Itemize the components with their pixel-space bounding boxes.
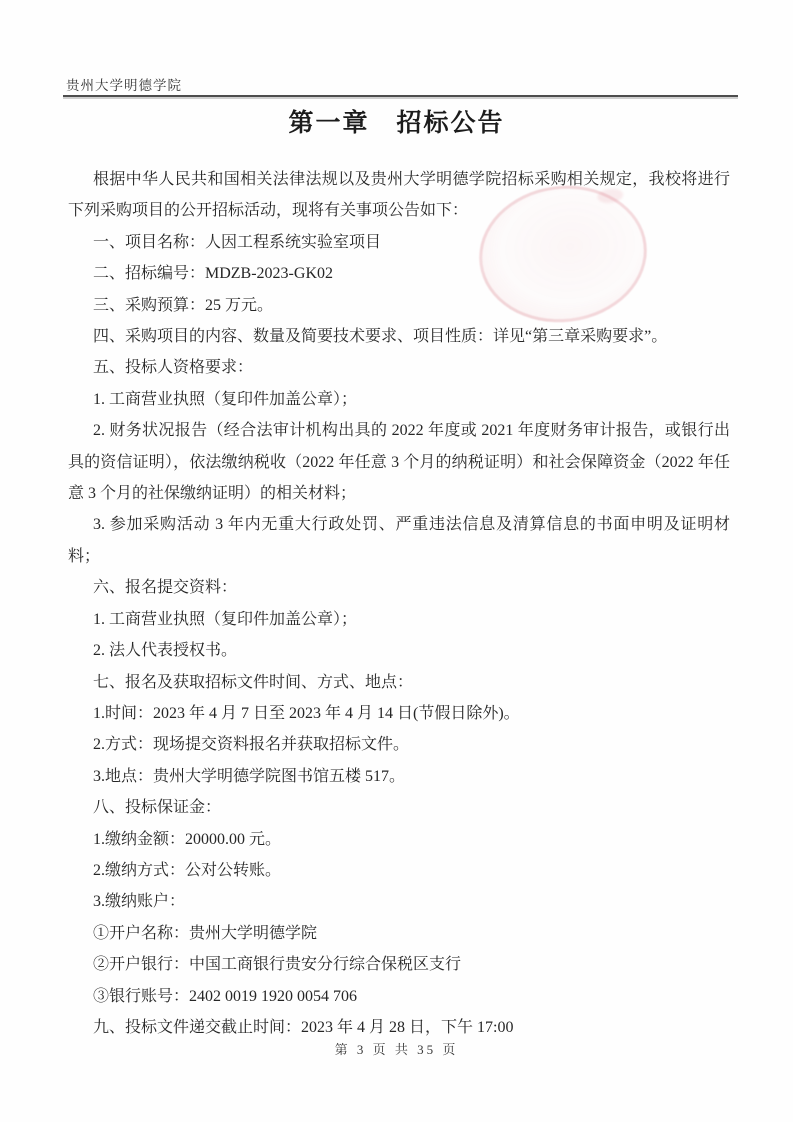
- paragraph-9: 3. 参加采购活动 3 年内无重大行政处罚、严重违法信息及清算信息的书面申明及证…: [68, 509, 730, 572]
- paragraph-11: 1. 工商营业执照（复印件加盖公章）；: [68, 604, 730, 635]
- paragraph-12: 2. 法人代表授权书。: [68, 635, 730, 666]
- page-header: 贵州大学明德学院: [66, 74, 182, 94]
- paragraph-22: ②开户银行：中国工商银行贵安分行综合保税区支行: [68, 949, 730, 980]
- paragraph-4: 三、采购预算：25 万元。: [68, 290, 730, 321]
- paragraph-14: 1.时间：2023 年 4 月 7 日至 2023 年 4 月 14 日(节假日…: [68, 698, 730, 729]
- paragraph-21: ①开户名称：贵州大学明德学院: [68, 918, 730, 949]
- paragraph-17: 八、投标保证金：: [68, 792, 730, 823]
- document-page: 贵州大学明德学院 第一章 招标公告 根据中华人民共和国相关法律法规以及贵州大学明…: [0, 0, 793, 1122]
- paragraph-19: 2.缴纳方式：公对公转账。: [68, 855, 730, 886]
- paragraph-13: 七、报名及获取招标文件时间、方式、地点：: [68, 667, 730, 698]
- header-school-name: 贵州大学明德学院: [66, 78, 182, 93]
- paragraph-3: 二、招标编号：MDZB-2023-GK02: [68, 258, 730, 289]
- page-number-label: 第 3 页 共 35 页: [335, 1042, 459, 1057]
- paragraph-23: ③银行账号：2402 0019 1920 0054 706: [68, 981, 730, 1012]
- paragraph-15: 2.方式：现场提交资料报名并获取招标文件。: [68, 729, 730, 760]
- chapter-title: 第一章 招标公告: [0, 103, 793, 139]
- paragraph-16: 3.地点：贵州大学明德学院图书馆五楼 517。: [68, 761, 730, 792]
- paragraph-20: 3.缴纳账户：: [68, 886, 730, 917]
- paragraph-5: 四、采购项目的内容、数量及简要技术要求、项目性质：详见“第三章采购要求”。: [68, 321, 730, 352]
- paragraph-18: 1.缴纳金额：20000.00 元。: [68, 824, 730, 855]
- paragraph-8: 2. 财务状况报告（经合法审计机构出具的 2022 年度或 2021 年度财务审…: [68, 415, 730, 509]
- paragraph-7: 1. 工商营业执照（复印件加盖公章）；: [68, 384, 730, 415]
- header-divider: [63, 95, 738, 97]
- paragraph-6: 五、投标人资格要求：: [68, 352, 730, 383]
- paragraph-2: 一、项目名称：人因工程系统实验室项目: [68, 227, 730, 258]
- page-footer: 第 3 页 共 35 页: [0, 1039, 793, 1058]
- paragraph-10: 六、报名提交资料：: [68, 572, 730, 603]
- document-body: 根据中华人民共和国相关法律法规以及贵州大学明德学院招标采购相关规定，我校将进行下…: [68, 164, 730, 1043]
- paragraph-1: 根据中华人民共和国相关法律法规以及贵州大学明德学院招标采购相关规定，我校将进行下…: [68, 164, 730, 227]
